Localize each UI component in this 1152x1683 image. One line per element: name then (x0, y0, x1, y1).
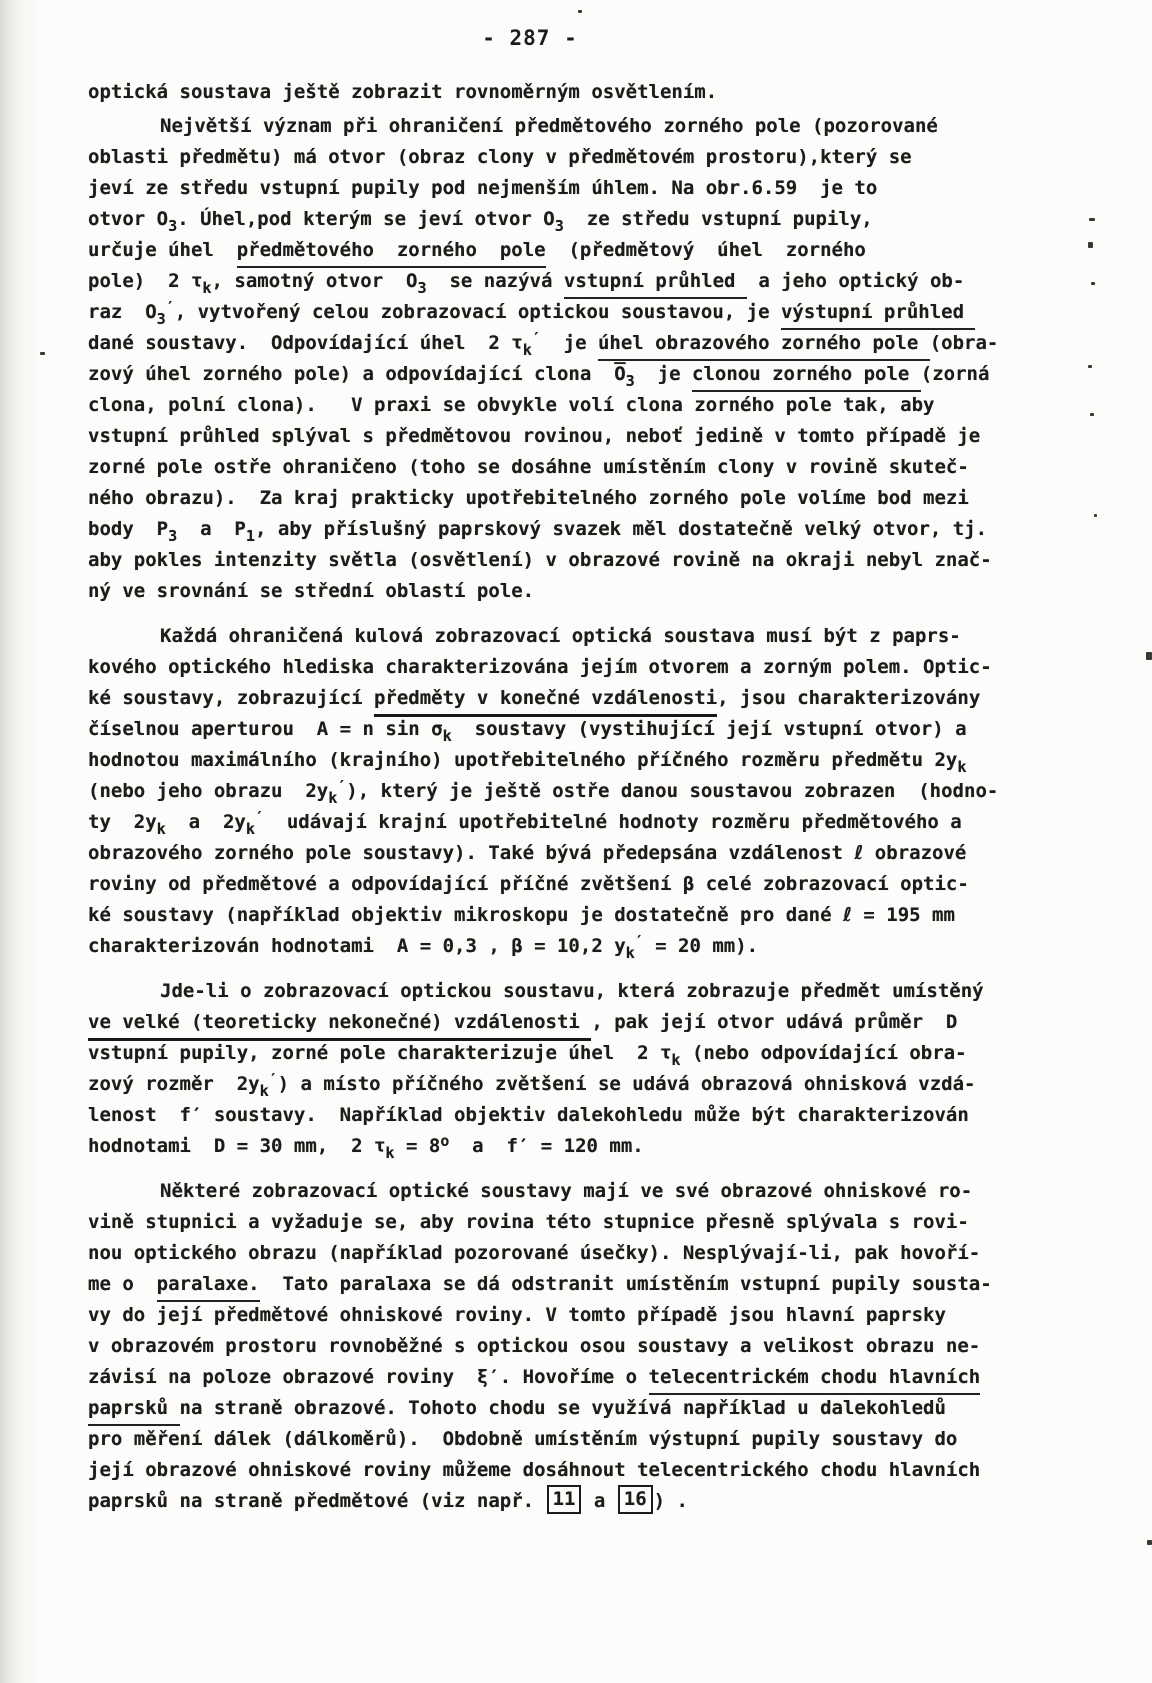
text-line: dané soustavy. Odpovídající úhel 2 τk′ j… (88, 328, 1152, 359)
text-line: paprsků na straně obrazové. Tohoto chodu… (88, 1393, 1152, 1424)
text-segment: a (582, 1486, 616, 1517)
citation-box: 11 (547, 1485, 582, 1514)
text-segment: a 2y (166, 807, 246, 838)
text-segment: oblasti předmětu) má otvor (obraz clony … (88, 142, 912, 173)
text-line: Největší význam při ohraničení předmětov… (160, 111, 1152, 142)
scan-speck (1091, 282, 1095, 285)
text-segment: ′ (269, 1064, 278, 1095)
text-line: vstupní průhled splýval s předmětovou ro… (88, 421, 1152, 452)
text-line: hodnotami D = 30 mm, 2 τk = 8o a f′ = 12… (88, 1131, 1152, 1162)
text-line: vstupní pupily, zorné pole charakterizuj… (88, 1038, 1152, 1069)
text-segment: vstupní pupily, zorné pole charakterizuj… (88, 1038, 671, 1069)
text-segment: k (328, 783, 337, 814)
text-segment: ze středu vstupní pupily, (564, 204, 873, 235)
text-segment: ve velké (teoreticky nekonečné) vzdáleno… (88, 1007, 591, 1041)
text-line: nou optického obrazu (například pozorova… (88, 1238, 1152, 1269)
text-segment: jeví ze středu vstupní pupily pod nejmen… (88, 173, 877, 204)
text-segment: k (260, 1076, 269, 1107)
text-line: zorné pole ostře ohraničeno (toho se dos… (88, 452, 1152, 483)
text-segment: ného obrazu). Za kraj prakticky upotřebi… (88, 483, 969, 514)
text-segment: 1 (246, 521, 255, 552)
text-line: oblasti předmětu) má otvor (obraz clony … (88, 142, 1152, 173)
text-segment: kového optického hlediska charakterizová… (88, 652, 992, 683)
text-segment: , jsou charakterizovány (717, 683, 980, 714)
text-segment: o (440, 1126, 449, 1157)
text-line: charakterizován hodnotami A = 0,3 , β = … (88, 931, 1152, 962)
text-segment: body P (88, 514, 168, 545)
text-segment: paprsků (88, 1393, 180, 1426)
text-segment: k (671, 1045, 680, 1076)
text-line: jeví ze středu vstupní pupily pod nejmen… (88, 173, 1152, 204)
text-segment: roviny od předmětové a odpovídající příč… (88, 869, 969, 900)
text-segment: , pak její otvor udává průměr D (591, 1007, 957, 1038)
text-segment: ty 2y (88, 807, 157, 838)
text-segment: se nazývá (427, 266, 564, 297)
text-segment: hodnotami D = 30 mm, 2 τ (88, 1131, 385, 1162)
text-line: otvor O3. Úhel,pod kterým se jeví otvor … (88, 204, 1152, 235)
text-segment: ) . (654, 1486, 688, 1517)
text-segment: 3 (168, 521, 177, 552)
text-segment: pole) 2 τ (88, 266, 202, 297)
text-segment: a jeho optický ob- (747, 266, 964, 297)
text-segment: k (443, 721, 452, 752)
text-line: v obrazovém prostoru rovnoběžné s optick… (88, 1331, 1152, 1362)
text-segment: vině stupnici a vyžaduje se, aby rovina … (88, 1207, 969, 1238)
text-segment: dané soustavy. Odpovídající úhel 2 τ (88, 328, 523, 359)
text-line: hodnotou maximálního (krajního) upotřebi… (88, 745, 1152, 776)
text-line: číselnou aperturou A = n sin σk soustavy… (88, 714, 1152, 745)
text-segment: 3 (555, 211, 564, 242)
text-segment: 3 (626, 366, 635, 397)
text-line: vy do její předmětové ohniskové roviny. … (88, 1300, 1152, 1331)
paragraph: Největší význam při ohraničení předmětov… (88, 111, 1152, 607)
text-segment: (předmětový úhel zorného (546, 235, 866, 266)
text-line: Některé zobrazovací optické soustavy maj… (160, 1176, 1152, 1207)
text-segment: Největší význam při ohraničení předmětov… (160, 111, 938, 142)
text-segment: clona, polní clona). V praxi se obvykle … (88, 390, 934, 421)
text-line: body P3 a P1, aby příslušný paprskový sv… (88, 514, 1152, 545)
text-segment: me o (88, 1269, 157, 1300)
text-line: vině stupnici a vyžaduje se, aby rovina … (88, 1207, 1152, 1238)
text-line: závisí na poloze obrazové roviny ξ′. Hov… (88, 1362, 1152, 1393)
text-segment: , samotný otvor O (212, 266, 418, 297)
text-segment: , aby příslušný paprskový svazek měl dos… (255, 514, 987, 545)
text-line: Každá ohraničená kulová zobrazovací opti… (160, 621, 1152, 652)
text-segment: ′ (635, 926, 644, 957)
paragraph: Některé zobrazovací optické soustavy maj… (88, 1176, 1152, 1517)
text-line: clona, polní clona). V praxi se obvykle … (88, 390, 1152, 421)
text-segment: úhel obrazového zorného pole (598, 328, 930, 361)
text-segment: hodnotou maximálního (krajního) upotřebi… (88, 745, 957, 776)
text-line: její obrazové ohniskové roviny můžeme do… (88, 1455, 1152, 1486)
text-segment: je (635, 359, 692, 390)
text-line: ké soustavy (například objektiv mikrosko… (88, 900, 1152, 931)
text-line: optická soustava ještě zobrazit rovnoměr… (88, 77, 1152, 108)
text-line: pro měření dálek (dálkoměrů). Obdobně um… (88, 1424, 1152, 1455)
text-segment: ′ (255, 802, 264, 833)
text-segment: optická soustava ještě zobrazit rovnoměr… (88, 77, 717, 108)
text-segment: paprsků na straně předmětové (viz např. (88, 1486, 546, 1517)
text-segment: vstupní průhled splýval s předmětovou ro… (88, 421, 980, 452)
scan-speck (578, 10, 582, 13)
text-segment: výstupní průhled (781, 297, 975, 330)
text-segment: (zorná (921, 359, 990, 390)
text-segment: ké soustavy (například objektiv mikrosko… (88, 900, 955, 931)
text-segment: zorné pole ostře ohraničeno (toho se dos… (88, 452, 969, 483)
text-segment: charakterizován hodnotami A = 0,3 , β = … (88, 931, 626, 962)
text-line: (nebo jeho obrazu 2yk′), který je ještě … (88, 776, 1152, 807)
text-segment: Jde-li o zobrazovací optickou soustavu, … (160, 976, 984, 1007)
text-line: ný ve srovnání se střední oblastí pole. (88, 576, 1152, 607)
text-segment: je (541, 328, 598, 359)
text-segment: = 8 (395, 1131, 441, 1162)
text-segment: lenost f′ soustavy. Například objektiv d… (88, 1100, 969, 1131)
text-segment: aby pokles intenzity světla (osvětlení) … (88, 545, 992, 576)
scan-speck (1090, 413, 1094, 416)
text-segment: ′ (337, 771, 346, 802)
text-segment: a f′ = 120 mm. (449, 1131, 643, 1162)
text-segment: 3 (168, 211, 177, 242)
text-segment: Některé zobrazovací optické soustavy maj… (160, 1176, 972, 1207)
scan-speck (1146, 652, 1152, 660)
text-segment: (obra- (930, 328, 999, 359)
text-line: lenost f′ soustavy. Například objektiv d… (88, 1100, 1152, 1131)
text-segment: zový úhel zorného pole) a odpovídající c… (88, 359, 626, 390)
scan-speck (1088, 242, 1093, 248)
paragraph: Jde-li o zobrazovací optickou soustavu, … (88, 976, 1152, 1162)
text-segment: její obrazové ohniskové roviny můžeme do… (88, 1455, 980, 1486)
text-line: pole) 2 τk, samotný otvor O3 se nazývá v… (88, 266, 1152, 297)
text-segment: k (626, 938, 635, 969)
text-segment: předměty v konečné vzdálenosti (374, 683, 717, 717)
text-segment: otvor O (88, 204, 168, 235)
text-segment: k (957, 752, 966, 783)
text-segment: = 20 mm). (644, 931, 758, 962)
text-segment: k (523, 335, 532, 366)
text-line: kového optického hlediska charakterizová… (88, 652, 1152, 683)
text-segment: k (157, 814, 166, 845)
text-line: ve velké (teoreticky nekonečné) vzdáleno… (88, 1007, 1152, 1038)
scan-speck (1088, 365, 1092, 368)
text-segment: závisí na poloze obrazové roviny ξ′. Hov… (88, 1362, 649, 1393)
text-segment: určuje úhel (88, 235, 237, 266)
text-line: paprsků na straně předmětové (viz např. … (88, 1486, 1152, 1517)
text-line: ty 2yk a 2yk′ udávají krajní upotřebitel… (88, 807, 1152, 838)
text-segment: clonou zorného pole (692, 359, 921, 392)
text-segment: , vytvořený celou zobrazovací optickou s… (175, 297, 781, 328)
scan-speck (1089, 218, 1095, 221)
text-segment: telecentrickém chodu hlavních (649, 1362, 981, 1395)
text-segment: ), který je ještě ostře danou soustavou … (346, 776, 998, 807)
scan-speck (1147, 1540, 1152, 1545)
document-body: optická soustava ještě zobrazit rovnoměr… (0, 77, 1152, 1517)
text-line: raz O3′, vytvořený celou zobrazovací opt… (88, 297, 1152, 328)
text-segment: nou optického obrazu (například pozorova… (88, 1238, 980, 1269)
text-segment: vstupní průhled (564, 266, 747, 299)
text-segment: na straně obrazové. Tohoto chodu se využ… (180, 1393, 946, 1424)
page-number: - 287 - (0, 26, 1106, 50)
text-line: zový rozměr 2yk′) a místo příčného zvětš… (88, 1069, 1152, 1100)
text-segment: 3 (157, 304, 166, 335)
text-segment: paralaxe. (157, 1269, 260, 1302)
page: - 287 - optická soustava ještě zobrazit … (0, 0, 1152, 1683)
text-segment: pro měření dálek (dálkoměrů). Obdobně um… (88, 1424, 957, 1455)
text-segment: . Úhel,pod kterým se jeví otvor O (177, 204, 555, 235)
scan-speck (40, 352, 45, 355)
text-line: určuje úhel předmětového zorného pole (p… (88, 235, 1152, 266)
text-segment: obrazového zorného pole soustavy). Také … (88, 838, 966, 869)
text-line: Jde-li o zobrazovací optickou soustavu, … (160, 976, 1152, 1007)
text-line: ké soustavy, zobrazující předměty v kone… (88, 683, 1152, 714)
text-segment: a P (177, 514, 246, 545)
scan-speck (1094, 514, 1097, 517)
text-line: ného obrazu). Za kraj prakticky upotřebi… (88, 483, 1152, 514)
text-segment: zový rozměr 2y (88, 1069, 260, 1100)
text-segment: ′ (166, 292, 175, 323)
text-segment: soustavy (vystihující její vstupní otvor… (452, 714, 967, 745)
paragraph: optická soustava ještě zobrazit rovnoměr… (88, 77, 1152, 108)
text-segment: (nebo odpovídající obra- (681, 1038, 967, 1069)
text-segment: vy do její předmětové ohniskové roviny. … (88, 1300, 946, 1331)
text-line: me o paralaxe. Tato paralaxa se dá odstr… (88, 1269, 1152, 1300)
text-segment: v obrazovém prostoru rovnoběžné s optick… (88, 1331, 980, 1362)
text-line: roviny od předmětové a odpovídající příč… (88, 869, 1152, 900)
text-segment: raz O (88, 297, 157, 328)
text-segment: ný ve srovnání se střední oblastí pole. (88, 576, 534, 607)
text-segment: Každá ohraničená kulová zobrazovací opti… (160, 621, 961, 652)
text-segment: 3 (417, 273, 426, 304)
paragraph: Každá ohraničená kulová zobrazovací opti… (88, 621, 1152, 962)
text-segment: číselnou aperturou A = n sin σ (88, 714, 443, 745)
text-segment: předmětového zorného pole (237, 235, 546, 268)
text-segment: ′ (532, 323, 541, 354)
text-segment: (nebo jeho obrazu 2y (88, 776, 328, 807)
text-segment: k (202, 273, 211, 304)
citation-box: 16 (618, 1485, 653, 1514)
text-segment: k (246, 814, 255, 845)
text-segment: Tato paralaxa se dá odstranit umístěním … (260, 1269, 992, 1300)
text-segment: udávají krajní upotřebitelné hodnoty roz… (264, 807, 962, 838)
text-segment: ké soustavy, zobrazující (88, 683, 374, 714)
text-segment: ) a místo příčného zvětšení se udává obr… (278, 1069, 976, 1100)
text-segment: k (385, 1138, 394, 1169)
text-line: zový úhel zorného pole) a odpovídající c… (88, 359, 1152, 390)
